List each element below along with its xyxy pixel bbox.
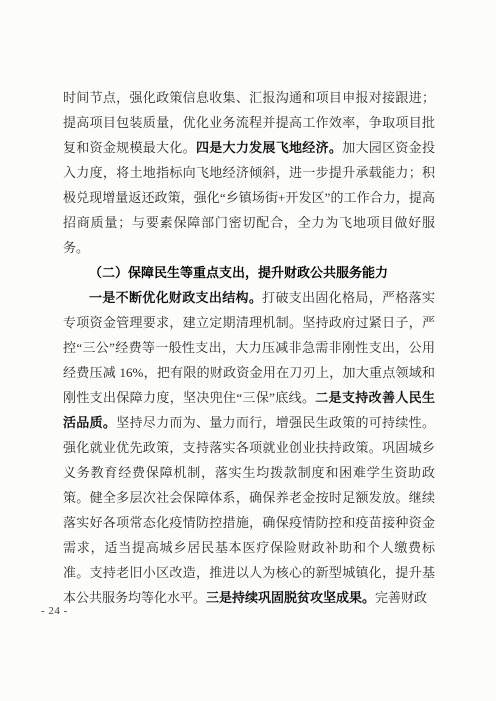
inline-bold-subhead: 四是大力发展飞地经济。 (196, 140, 342, 155)
text-segment: 坚持尽力而为、量力而行，增强民生政策的可持续性。强化就业优先政策，支持落实各项就… (63, 415, 435, 605)
paragraph-body: 一是不断优化财政支出结构。打破支出固化格局，严格落实专项资金管理要求，建立定期清… (63, 285, 435, 610)
text-segment: 打破支出固化格局，严格落实专项资金管理要求，建立定期清理机制。坚持政府过紧日子，… (63, 290, 435, 405)
text-segment: 加大园区资金投入力度，将土地指标向飞地经济倾斜，进一步提升承载能力；积极兑现增量… (63, 140, 435, 255)
document-body: 时间节点，强化政策信息收集、汇报沟通和项目申报对接跟进；提高项目包装质量，优化业… (63, 85, 435, 610)
inline-bold-subhead: 三是持续巩固脱贫攻坚成果。 (206, 590, 375, 605)
section-heading-text: （二）保障民生等重点支出，提升财政公共服务能力 (89, 265, 388, 280)
text-segment: 完善财政 (375, 590, 427, 605)
paragraph-continuation: 时间节点，强化政策信息收集、汇报沟通和项目申报对接跟进；提高项目包装质量，优化业… (63, 85, 435, 260)
page-number: - 24 - (41, 604, 68, 618)
section-heading: （二）保障民生等重点支出，提升财政公共服务能力 (63, 260, 435, 285)
document-page: 时间节点，强化政策信息收集、汇报沟通和项目申报对接跟进；提高项目包装质量，优化业… (0, 0, 496, 701)
inline-bold-subhead: 一是不断优化财政支出结构。 (89, 290, 262, 305)
